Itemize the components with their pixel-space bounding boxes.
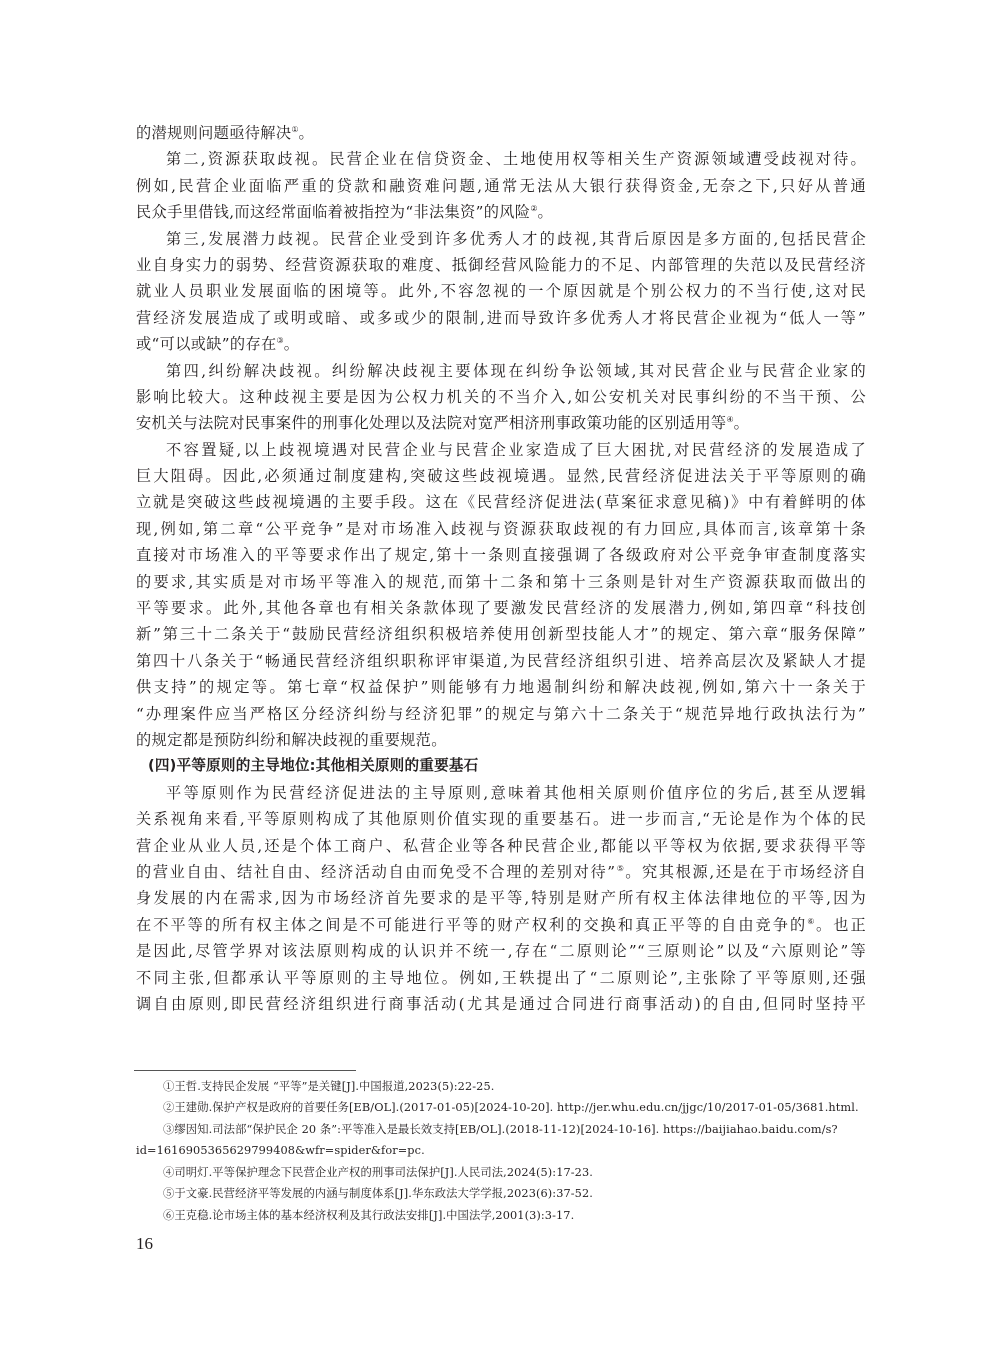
footnote: ①王哲.支持民企发展 “平等”是关键[J].中国报道,2023(5):22-25… bbox=[136, 1076, 866, 1097]
document-page: 的潜规则问题亟待解决①。第二,资源获取歧视。民营企业在信贷资金、土地使用权等相关… bbox=[0, 0, 1000, 1347]
body-line: 业自身实力的弱势、经营资源获取的难度、抵御经营风险能力的不足、内部管理的失范以及… bbox=[136, 252, 866, 278]
line-tail: 。 bbox=[537, 203, 553, 221]
line-text: 影响比较大。这种歧视主要是因为公权力机关的不当介入,如公安机关对民事纠纷的不当干… bbox=[136, 388, 866, 406]
line-text: 例如,民营企业面临严重的贷款和融资难问题,通常无法从大银行获得资金,无奈之下,只… bbox=[136, 177, 866, 195]
line-tail: 。也正 bbox=[816, 916, 866, 934]
footnote: ④司明灯.平等保护理念下民营企业产权的刑事司法保护[J].人民司法,2024(5… bbox=[136, 1162, 866, 1183]
line-text: 业自身实力的弱势、经营资源获取的难度、抵御经营风险能力的不足、内部管理的失范以及… bbox=[136, 256, 866, 274]
body-line: 在不平等的所有权主体之间是不可能进行平等的财产权利的交换和真正平等的自由竞争的⑥… bbox=[136, 912, 866, 938]
body-line: 关系视角来看,平等原则构成了其他原则价值实现的重要基石。进一步而言,“无论是作为… bbox=[136, 806, 866, 832]
footnote-continuation: id=1616905365629799408&wfr=spider&for=pc… bbox=[136, 1140, 866, 1161]
body-line: 第三,发展潜力歧视。民营企业受到许多优秀人才的歧视,其背后原因是多方面的,包括民… bbox=[136, 226, 866, 252]
line-text: “办理案件应当严格区分经济纠纷与经济犯罪”的规定与第六十二条关于“规范异地行政执… bbox=[136, 705, 866, 723]
line-text: 第四十八条关于“畅通民营经济组织职称评审渠道,为民营经济组织引进、培养高层次及紧… bbox=[136, 652, 866, 670]
body-line: 营企业从业人员,还是个体工商户、私营企业等各种民营企业,都能以平等权为依据,要求… bbox=[136, 833, 866, 859]
body-line: 或“可以或缺”的存在③。 bbox=[136, 331, 866, 357]
footnote: ③缪因知.司法部“保护民企 20 条”:平等准入是最长效支持[EB/OL].(2… bbox=[136, 1119, 866, 1140]
section-heading: (四)平等原则的主导地位:其他相关原则的重要基石 bbox=[136, 753, 866, 779]
line-text: 民众手里借钱,而这经常面临着被指控为“非法集资”的风险 bbox=[136, 203, 530, 221]
body-line: 就业人员职业发展面临的困境等。此外,不容忽视的一个原因就是个别公权力的不当行使,… bbox=[136, 278, 866, 304]
body-line: 平等原则作为民营经济促进法的主导原则,意味着其他相关原则价值序位的劣后,甚至从逻… bbox=[136, 780, 866, 806]
body-line: 立就是突破这些歧视境遇的主要手段。这在《民营经济促进法(草案征求意见稿)》中有着… bbox=[136, 489, 866, 515]
line-tail: 。 bbox=[299, 124, 315, 142]
body-line: 影响比较大。这种歧视主要是因为公权力机关的不当介入,如公安机关对民事纠纷的不当干… bbox=[136, 384, 866, 410]
body-line: 的规定都是预防纠纷和解决歧视的重要规范。 bbox=[136, 727, 866, 753]
body-line: 身发展的内在需求,因为市场经济首先要求的是平等,特别是财产所有权主体法律地位的平… bbox=[136, 885, 866, 911]
body-line: 安机关与法院对民事案件的刑事化处理以及法院对宽严相济刑事政策功能的区别适用等④。 bbox=[136, 410, 866, 436]
line-tail: 。 bbox=[284, 335, 300, 353]
line-text: 或“可以或缺”的存在 bbox=[136, 335, 277, 353]
body-line: 平等要求。此外,其他各章也有相关条款体现了要激发民营经济的发展潜力,例如,第四章… bbox=[136, 595, 866, 621]
line-text: 的规定都是预防纠纷和解决歧视的重要规范。 bbox=[136, 731, 447, 749]
body-line: 第四十八条关于“畅通民营经济组织职称评审渠道,为民营经济组织引进、培养高层次及紧… bbox=[136, 648, 866, 674]
line-text: (四)平等原则的主导地位:其他相关原则的重要基石 bbox=[148, 757, 478, 774]
body-line: 民众手里借钱,而这经常面临着被指控为“非法集资”的风险②。 bbox=[136, 199, 866, 225]
line-text: 第三,发展潜力歧视。民营企业受到许多优秀人才的歧视,其背后原因是多方面的,包括民… bbox=[166, 230, 866, 248]
line-text: 安机关与法院对民事案件的刑事化处理以及法院对宽严相济刑事政策功能的区别适用等 bbox=[136, 414, 726, 432]
line-text: 第四,纠纷解决歧视。纠纷解决歧视主要体现在纠纷争讼领域,其对民营企业与民营企业家… bbox=[166, 362, 866, 380]
line-text: 平等原则作为民营经济促进法的主导原则,意味着其他相关原则价值序位的劣后,甚至从逻… bbox=[166, 784, 866, 802]
body-line: 第四,纠纷解决歧视。纠纷解决歧视主要体现在纠纷争讼领域,其对民营企业与民营企业家… bbox=[136, 358, 866, 384]
line-text: 第二,资源获取歧视。民营企业在信贷资金、土地使用权等相关生产资源领域遭受歧视对待… bbox=[166, 150, 866, 168]
body-line: 调自由原则,即民营经济组织进行商事活动(尤其是通过合同进行商事活动)的自由,但同… bbox=[136, 991, 866, 1017]
line-text: 的营业自由、结社自由、经济活动自由而免受不合理的差别对待” bbox=[136, 863, 615, 881]
body-line: 是因此,尽管学界对该法原则构成的认识并不统一,存在“二原则论”“三原则论”以及“… bbox=[136, 938, 866, 964]
line-text: 营企业从业人员,还是个体工商户、私营企业等各种民营企业,都能以平等权为依据,要求… bbox=[136, 837, 866, 855]
footnote: ⑥王克稳.论市场主体的基本经济权利及其行政法安排[J].中国法学,2001(3)… bbox=[136, 1205, 866, 1226]
footnote: ②王建勋.保护产权是政府的首要任务[EB/OL].(2017-01-05)[20… bbox=[136, 1097, 866, 1118]
body-line: 的潜规则问题亟待解决①。 bbox=[136, 120, 866, 146]
body-line: 不同主张,但都承认平等原则的主导地位。例如,王轶提出了“二原则论”,主张除了平等… bbox=[136, 965, 866, 991]
body-line: 营经济发展造成了或明或暗、或多或少的限制,进而导致许多优秀人才将民营企业视为“低… bbox=[136, 305, 866, 331]
body-line: 的营业自由、结社自由、经济活动自由而免受不合理的差别对待”⑤。究其根源,还是在于… bbox=[136, 859, 866, 885]
line-text: 的要求,其实质是对市场平等准入的规范,而第十二条和第十三条则是针对生产资源获取而… bbox=[136, 573, 866, 591]
line-text: 直接对市场准入的平等要求作出了规定,第十一条则直接强调了各级政府对公平竞争审查制… bbox=[136, 546, 866, 564]
line-text: 平等要求。此外,其他各章也有相关条款体现了要激发民营经济的发展潜力,例如,第四章… bbox=[136, 599, 866, 617]
footnote-marker[interactable]: ① bbox=[291, 125, 298, 134]
body-line: 的要求,其实质是对市场平等准入的规范,而第十二条和第十三条则是针对生产资源获取而… bbox=[136, 569, 866, 595]
line-text: 调自由原则,即民营经济组织进行商事活动(尤其是通过合同进行商事活动)的自由,但同… bbox=[136, 995, 866, 1013]
line-text: 是因此,尽管学界对该法原则构成的认识并不统一,存在“二原则论”“三原则论”以及“… bbox=[136, 942, 866, 960]
page-number: 16 bbox=[136, 1234, 153, 1254]
body-line: 例如,民营企业面临严重的贷款和融资难问题,通常无法从大银行获得资金,无奈之下,只… bbox=[136, 173, 866, 199]
body-line: 不容置疑,以上歧视境遇对民营企业与民营企业家造成了巨大困扰,对民营经济的发展造成… bbox=[136, 437, 866, 463]
body-line: 供支持”的规定等。第七章“权益保护”则能够有力地遏制纠纷和解决歧视,例如,第六十… bbox=[136, 674, 866, 700]
line-text: 营经济发展造成了或明或暗、或多或少的限制,进而导致许多优秀人才将民营企业视为“低… bbox=[136, 309, 866, 327]
body-line: 直接对市场准入的平等要求作出了规定,第十一条则直接强调了各级政府对公平竞争审查制… bbox=[136, 542, 866, 568]
line-text: 就业人员职业发展面临的困境等。此外,不容忽视的一个原因就是个别公权力的不当行使,… bbox=[136, 282, 866, 300]
line-text: 巨大阻碍。因此,必须通过制度建构,突破这些歧视境遇。显然,民营经济促进法关于平等… bbox=[136, 467, 866, 485]
body-text: 的潜规则问题亟待解决①。第二,资源获取歧视。民营企业在信贷资金、土地使用权等相关… bbox=[136, 120, 866, 1017]
line-text: 不容置疑,以上歧视境遇对民营企业与民营企业家造成了巨大困扰,对民营经济的发展造成… bbox=[166, 441, 866, 459]
line-text: 的潜规则问题亟待解决 bbox=[136, 124, 291, 142]
line-text: 现,例如,第二章“公平竞争”是对市场准入歧视与资源获取歧视的有力回应,具体而言,… bbox=[136, 520, 866, 538]
body-line: 新”第三十二条关于“鼓励民营经济组织积极培养使用创新型技能人才”的规定、第六章“… bbox=[136, 621, 866, 647]
line-text: 关系视角来看,平等原则构成了其他原则价值实现的重要基石。进一步而言,“无论是作为… bbox=[136, 810, 866, 828]
footnote-marker[interactable]: ⑥ bbox=[807, 917, 816, 926]
line-text: 新”第三十二条关于“鼓励民营经济组织积极培养使用创新型技能人才”的规定、第六章“… bbox=[136, 625, 866, 643]
line-tail: 。究其根源,还是在于市场经济自 bbox=[625, 863, 866, 881]
footnote-marker[interactable]: ④ bbox=[726, 415, 733, 424]
footnote-separator bbox=[134, 1070, 356, 1071]
footnotes: ①王哲.支持民企发展 “平等”是关键[J].中国报道,2023(5):22-25… bbox=[136, 1076, 866, 1226]
body-line: 现,例如,第二章“公平竞争”是对市场准入歧视与资源获取歧视的有力回应,具体而言,… bbox=[136, 516, 866, 542]
body-line: 巨大阻碍。因此,必须通过制度建构,突破这些歧视境遇。显然,民营经济促进法关于平等… bbox=[136, 463, 866, 489]
body-line: “办理案件应当严格区分经济纠纷与经济犯罪”的规定与第六十二条关于“规范异地行政执… bbox=[136, 701, 866, 727]
line-text: 在不平等的所有权主体之间是不可能进行平等的财产权利的交换和真正平等的自由竞争的 bbox=[136, 916, 807, 934]
footnote-marker[interactable]: ⑤ bbox=[615, 864, 625, 873]
line-text: 供支持”的规定等。第七章“权益保护”则能够有力地遏制纠纷和解决歧视,例如,第六十… bbox=[136, 678, 866, 696]
line-tail: 。 bbox=[734, 414, 750, 432]
line-text: 不同主张,但都承认平等原则的主导地位。例如,王轶提出了“二原则论”,主张除了平等… bbox=[136, 969, 866, 987]
footnote: ⑤于文豪.民营经济平等发展的内涵与制度体系[J].华东政法大学学报,2023(6… bbox=[136, 1183, 866, 1204]
body-line: 第二,资源获取歧视。民营企业在信贷资金、土地使用权等相关生产资源领域遭受歧视对待… bbox=[136, 146, 866, 172]
line-text: 立就是突破这些歧视境遇的主要手段。这在《民营经济促进法(草案征求意见稿)》中有着… bbox=[136, 493, 866, 511]
line-text: 身发展的内在需求,因为市场经济首先要求的是平等,特别是财产所有权主体法律地位的平… bbox=[136, 889, 866, 907]
footnote-marker[interactable]: ③ bbox=[277, 336, 284, 345]
